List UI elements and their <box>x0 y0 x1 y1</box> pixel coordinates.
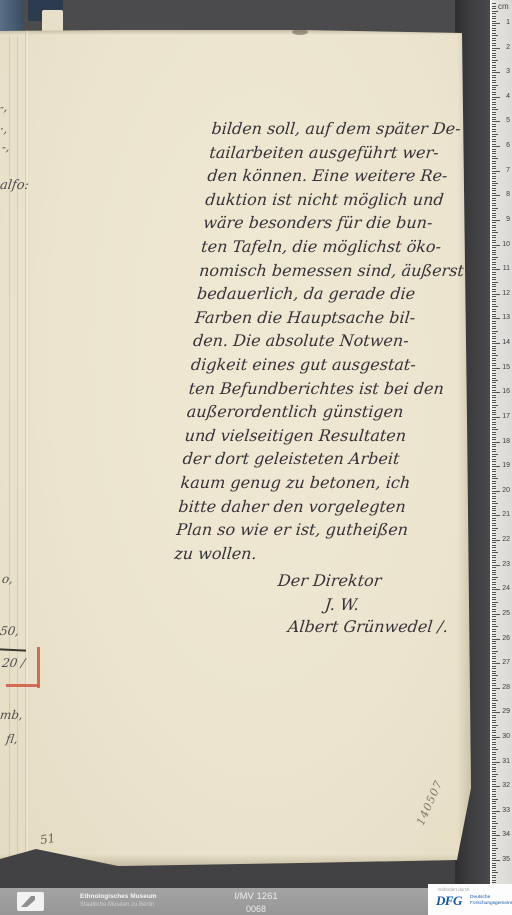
ruler-tick <box>492 304 496 305</box>
ruler-tick <box>492 572 496 573</box>
ruler-number: 8 <box>499 191 510 198</box>
ruler-tick <box>492 380 498 381</box>
ruler-tick <box>492 722 496 723</box>
ruler-tick <box>492 429 498 430</box>
ruler-tick <box>492 720 496 721</box>
ruler-tick <box>492 149 496 150</box>
ruler-number: 7 <box>499 167 510 174</box>
ruler-tick <box>492 139 496 140</box>
ruler-tick <box>492 18 496 19</box>
ruler-tick <box>492 547 496 548</box>
ruler-tick <box>492 858 496 859</box>
ruler-number: 13 <box>499 314 510 321</box>
ruler-tick <box>492 641 496 642</box>
ruler-tick <box>492 501 496 502</box>
ruler-tick <box>492 8 496 9</box>
ruler-tick <box>492 183 498 184</box>
ruler-tick <box>492 370 496 371</box>
ruler-tick <box>492 486 496 487</box>
ruler-tick <box>492 124 496 125</box>
ruler-tick <box>492 767 496 768</box>
letter-body: bilden soll, auf dem später De-tailarbei… <box>173 117 482 565</box>
dfg-funding-badge: Gefördert durch DFG Deutsche Forschungsg… <box>428 884 512 915</box>
ruler-tick <box>492 314 496 315</box>
ruler-tick <box>492 176 496 177</box>
ruler-tick <box>492 382 496 383</box>
ruler-tick <box>492 683 496 684</box>
ruler-tick <box>492 594 496 595</box>
margin-writing-fragment: mb, <box>0 708 24 722</box>
ruler-tick <box>492 200 496 201</box>
ruler-tick <box>492 210 496 211</box>
letter-line: und vielseitigen Resultaten <box>184 424 456 448</box>
ruler-tick <box>492 872 498 873</box>
ruler-tick <box>492 341 496 342</box>
document-reference: I/MV 1261 0068 <box>176 891 336 914</box>
ruler-tick <box>492 178 496 179</box>
ruler-tick <box>492 560 496 561</box>
ruler-tick <box>492 493 496 494</box>
ruler-tick <box>492 661 496 662</box>
ruler-tick <box>492 710 496 711</box>
ruler-tick <box>492 321 496 322</box>
ruler-tick <box>492 286 496 287</box>
ruler-tick <box>492 13 496 14</box>
ruler-tick <box>492 870 496 871</box>
ruler-tick <box>492 449 496 450</box>
ruler-tick <box>492 94 496 95</box>
ruler-tick <box>492 666 496 667</box>
letter-line: digkeit eines gut ausgestat- <box>190 353 462 377</box>
ruler-tick <box>492 217 496 218</box>
ruler-tick <box>492 648 496 649</box>
ruler-tick <box>492 198 496 199</box>
ruler-number: 10 <box>499 241 510 248</box>
ruler-tick <box>492 518 496 519</box>
ruler-tick <box>492 616 496 617</box>
ruler-tick <box>492 771 496 772</box>
ruler-tick <box>492 693 496 694</box>
ruler-tick <box>492 690 496 691</box>
ruler-number: 9 <box>499 216 510 223</box>
ruler-tick <box>492 744 496 745</box>
ruler-tick <box>492 853 496 854</box>
ruler-number: 20 <box>499 487 510 494</box>
ruler-tick <box>492 390 496 391</box>
letter-line: nomisch bemessen sind, äußerst <box>198 259 470 283</box>
ruler-tick <box>492 422 496 423</box>
margin-writing-fragment: -, <box>0 100 9 114</box>
ruler-tick <box>492 151 496 152</box>
ruler-tick <box>492 538 496 539</box>
ruler-tick <box>492 675 498 676</box>
ruler-tick <box>492 215 496 216</box>
letter-line: außerordentlich günstigen <box>186 400 458 424</box>
ruler-tick <box>492 40 496 41</box>
ruler-tick <box>492 126 496 127</box>
ruler-tick <box>492 328 496 329</box>
ruler-tick <box>492 476 496 477</box>
ruler-tick <box>492 545 496 546</box>
ruler-tick <box>492 562 496 563</box>
ruler-tick <box>492 89 496 90</box>
ruler-number: 11 <box>499 265 510 272</box>
ruler-tick <box>492 498 496 499</box>
ruler-tick <box>492 671 496 672</box>
ruler-tick <box>492 799 498 800</box>
ruler-tick <box>492 636 496 637</box>
ruler-tick <box>492 796 496 797</box>
ruler-tick <box>492 695 496 696</box>
ruler-tick <box>492 439 496 440</box>
ruler-tick <box>492 99 496 100</box>
ruler-tick <box>492 621 496 622</box>
ruler-tick <box>492 845 496 846</box>
ruler-number: 23 <box>499 561 510 568</box>
ruler-tick <box>492 57 496 58</box>
letter-page: -, ·, -, alfo: o, 50, 20 / mb, fl, bilde… <box>0 0 473 872</box>
ruler-tick <box>492 459 496 460</box>
ruler-tick <box>492 619 496 620</box>
ruler-tick <box>492 188 496 189</box>
ruler-tick <box>492 542 496 543</box>
ruler-tick <box>492 291 496 292</box>
ruler-tick <box>492 85 498 86</box>
ruler-tick <box>492 67 496 68</box>
ruler-tick <box>492 60 498 61</box>
dfg-logo: DFG <box>436 893 462 909</box>
ruler-tick <box>492 481 496 482</box>
ruler-tick <box>492 747 496 748</box>
ruler-tick <box>492 567 496 568</box>
ruler-tick <box>492 274 496 275</box>
ruler-tick <box>492 584 496 585</box>
ruler-tick <box>492 213 496 214</box>
ruler-number: 16 <box>499 388 510 395</box>
ruler-number: 5 <box>499 117 510 124</box>
letter-line: Plan so wie er ist, gutheißen <box>175 518 447 542</box>
margin-writing-fragment: fl, <box>5 732 19 746</box>
letter-line: den können. Eine weitere Re- <box>206 164 478 188</box>
ruler-tick <box>492 646 496 647</box>
signature-name: Albert Grünwedel /. <box>287 617 449 636</box>
ruler-tick <box>492 508 496 509</box>
ruler-tick <box>492 634 496 635</box>
ruler-tick <box>492 725 498 726</box>
ruler-tick <box>492 437 496 438</box>
ruler-tick <box>492 715 496 716</box>
ruler-tick <box>492 252 496 253</box>
ruler-tick <box>492 38 496 39</box>
ruler-tick <box>492 850 496 851</box>
ruler-number: 1 <box>499 19 510 26</box>
ruler-tick <box>492 552 498 553</box>
ruler-tick <box>492 114 496 115</box>
ruler-tick <box>492 235 496 236</box>
ink-smudge <box>292 29 308 35</box>
red-annotation-mark <box>37 647 40 688</box>
ruler-tick <box>492 749 498 750</box>
ruler-number: 12 <box>499 290 510 297</box>
paper-bottom-edge <box>0 854 473 868</box>
binding-crease <box>25 30 29 862</box>
ruler-tick <box>492 279 496 280</box>
ruler-tick <box>492 163 496 164</box>
ruler-tick <box>492 92 496 93</box>
margin-writing-fragment: alfo: <box>0 178 30 193</box>
ruler-tick <box>492 75 496 76</box>
ruler-number: 28 <box>499 684 510 691</box>
ruler-tick <box>492 808 496 809</box>
ruler-tick <box>492 385 496 386</box>
measurement-ruler: cm 1234567891011121314151617181920212223… <box>490 0 512 889</box>
scan-page-number: 0068 <box>176 904 336 914</box>
pencil-scan-number: 140507 <box>414 778 445 827</box>
letter-line: den. Die absolute Notwen- <box>192 329 464 353</box>
ruler-tick <box>492 360 496 361</box>
ruler-number: 21 <box>499 511 510 518</box>
ruler-tick <box>492 510 496 511</box>
ruler-tick <box>492 631 496 632</box>
signature-initials: J. W. <box>324 595 360 614</box>
ruler-tick <box>492 611 496 612</box>
ruler-number: 29 <box>499 708 510 715</box>
ruler-number: 32 <box>499 782 510 789</box>
ruler-tick <box>492 606 496 607</box>
ruler-tick <box>492 629 496 630</box>
ruler-tick <box>492 301 496 302</box>
ruler-tick <box>492 574 496 575</box>
ruler-tick <box>492 602 498 603</box>
ruler-tick <box>492 432 496 433</box>
ruler-tick <box>492 30 496 31</box>
ruler-tick <box>492 262 496 263</box>
ruler-tick <box>492 483 496 484</box>
ruler-tick <box>492 28 496 29</box>
margin-writing-fragment: o, <box>1 572 14 586</box>
ruler-tick <box>492 70 496 71</box>
ruler-tick <box>492 365 496 366</box>
ruler-tick <box>492 373 496 374</box>
ruler-tick <box>492 791 496 792</box>
ruler-tick <box>492 759 496 760</box>
ruler-tick <box>492 363 496 364</box>
ruler-tick <box>492 582 496 583</box>
ruler-tick <box>492 119 496 120</box>
ruler-tick <box>492 405 498 406</box>
ruler-tick <box>492 259 496 260</box>
ruler-tick <box>492 346 496 347</box>
margin-writing-fragment: 50, <box>0 624 20 638</box>
letter-line: bedauerlich, da gerade die <box>196 282 468 306</box>
ruler-tick <box>492 402 496 403</box>
ruler-tick <box>492 185 496 186</box>
red-annotation-mark <box>6 684 39 687</box>
shelfmark: I/MV 1261 <box>176 891 336 902</box>
ruler-tick <box>492 503 498 504</box>
ruler-tick <box>492 818 496 819</box>
ruler-tick <box>492 525 496 526</box>
ruler-tick <box>492 764 496 765</box>
museum-subtitle: Staatliche Museen zu Berlin <box>80 902 157 910</box>
ruler-tick <box>492 378 496 379</box>
ruler-tick <box>492 604 496 605</box>
ruler-tick <box>492 451 496 452</box>
ruler-number: 26 <box>499 635 510 642</box>
ruler-tick <box>492 87 496 88</box>
ruler-tick <box>492 530 496 531</box>
ruler-tick <box>492 456 496 457</box>
ruler-tick <box>492 102 496 103</box>
ruler-tick <box>492 769 496 770</box>
ruler-tick <box>492 193 496 194</box>
ruler-tick <box>492 107 496 108</box>
ruler-tick <box>492 757 496 758</box>
ruler-tick <box>492 272 496 273</box>
ruler-tick <box>492 144 496 145</box>
ruler-tick <box>492 794 496 795</box>
ruler-tick <box>492 471 496 472</box>
ruler-tick <box>492 816 496 817</box>
ruler-tick <box>492 21 496 22</box>
ruler-tick <box>492 232 498 233</box>
ruler-tick <box>492 117 496 118</box>
ruler-tick <box>492 752 496 753</box>
ruler-tick <box>492 592 496 593</box>
ruler-tick <box>492 309 496 310</box>
ruler-tick <box>492 444 496 445</box>
ruler-tick <box>492 43 496 44</box>
ruler-tick <box>492 821 496 822</box>
ruler-tick <box>492 651 498 652</box>
ruler-tick <box>492 643 496 644</box>
ruler-tick <box>492 464 496 465</box>
ruler-tick <box>492 350 496 351</box>
ruler-number: 34 <box>499 831 510 838</box>
letter-line: Farben die Hauptsache bil- <box>194 306 466 330</box>
ruler-tick <box>492 65 496 66</box>
ruler-tick <box>492 698 496 699</box>
ruler-number: 19 <box>499 462 510 469</box>
ruler-tick <box>492 784 496 785</box>
ruler-tick <box>492 412 496 413</box>
ruler-tick <box>492 528 498 529</box>
ruler-tick <box>492 336 496 337</box>
ruler-tick <box>492 656 496 657</box>
ruler-tick <box>492 550 496 551</box>
ruler-tick <box>492 454 498 455</box>
ruler-tick <box>492 838 496 839</box>
book-cover-corner <box>0 0 23 33</box>
ruler-tick <box>492 801 496 802</box>
ruler-tick <box>492 700 498 701</box>
ruler-tick <box>492 533 496 534</box>
ruler-tick <box>492 173 496 174</box>
ruler-tick <box>492 520 496 521</box>
museum-name: Ethnologisches Museum <box>80 893 157 901</box>
ruler-tick <box>492 299 496 300</box>
ruler-tick <box>492 250 496 251</box>
ruler-tick <box>492 323 496 324</box>
ruler-tick <box>492 587 496 588</box>
ruler-tick <box>492 813 496 814</box>
ruler-tick <box>492 53 496 54</box>
ruler-tick <box>492 222 496 223</box>
letter-line: bilden soll, auf dem später De- <box>211 117 483 141</box>
ruler-tick <box>492 735 496 736</box>
ruler-number: 25 <box>499 610 510 617</box>
dfg-name-line2: Forschungsgemeinschaft <box>470 901 512 907</box>
ruler-tick <box>492 190 496 191</box>
ruler-tick <box>492 855 496 856</box>
ruler-tick <box>492 158 498 159</box>
ruler-tick <box>492 208 498 209</box>
ruler-tick <box>492 703 496 704</box>
ruler-tick <box>492 774 498 775</box>
ruler-tick <box>492 803 496 804</box>
ruler-tick <box>492 168 496 169</box>
ruler-tick <box>492 11 498 12</box>
ruler-tick <box>492 828 496 829</box>
ruler-tick <box>492 264 496 265</box>
pencil-page-number: 51 <box>39 831 56 847</box>
ruler-tick <box>492 427 496 428</box>
ruler-tick <box>492 730 496 731</box>
ruler-tick <box>492 469 496 470</box>
ruler-tick <box>492 267 496 268</box>
ruler-tick <box>492 474 496 475</box>
letter-line: bitte daher den vorgelegten <box>178 495 450 519</box>
ruler-tick <box>492 257 498 258</box>
ruler-tick <box>492 242 496 243</box>
ruler-tick <box>492 45 496 46</box>
ruler-tick <box>492 826 496 827</box>
ruler-number: 15 <box>499 364 510 371</box>
ruler-tick <box>492 331 498 332</box>
letter-line: ten Tafeln, die möglichst öko- <box>200 235 472 259</box>
ruler-tick <box>492 653 496 654</box>
ruler-number: 22 <box>499 536 510 543</box>
ruler-tick <box>492 375 496 376</box>
ruler-tick <box>492 247 496 248</box>
ruler-number: 2 <box>499 44 510 51</box>
ruler-unit-label: cm <box>498 2 509 11</box>
ruler-tick <box>492 355 498 356</box>
ruler-tick <box>492 282 498 283</box>
funding-note: Gefördert durch <box>438 887 470 892</box>
ruler-tick <box>492 306 498 307</box>
ruler-tick <box>492 387 496 388</box>
ruler-number: 33 <box>499 807 510 814</box>
ruler-tick <box>492 555 496 556</box>
ruler-tick <box>492 112 496 113</box>
ruler-number: 24 <box>499 585 510 592</box>
dfg-name: Deutsche Forschungsgemeinschaft <box>470 895 512 907</box>
ruler-tick <box>492 513 496 514</box>
ruler-tick <box>492 779 496 780</box>
ruler-tick <box>492 104 496 105</box>
ruler-tick <box>492 284 496 285</box>
ruler-tick <box>492 80 496 81</box>
letter-line: duktion ist nicht möglich und <box>204 188 476 212</box>
letter-line: wäre besonders für die bun- <box>202 211 474 235</box>
ruler-tick <box>492 237 496 238</box>
ruler-tick <box>492 131 496 132</box>
ruler-tick <box>492 478 498 479</box>
ruler-tick <box>492 523 496 524</box>
ruler-tick <box>492 407 496 408</box>
ruler-tick <box>492 776 496 777</box>
